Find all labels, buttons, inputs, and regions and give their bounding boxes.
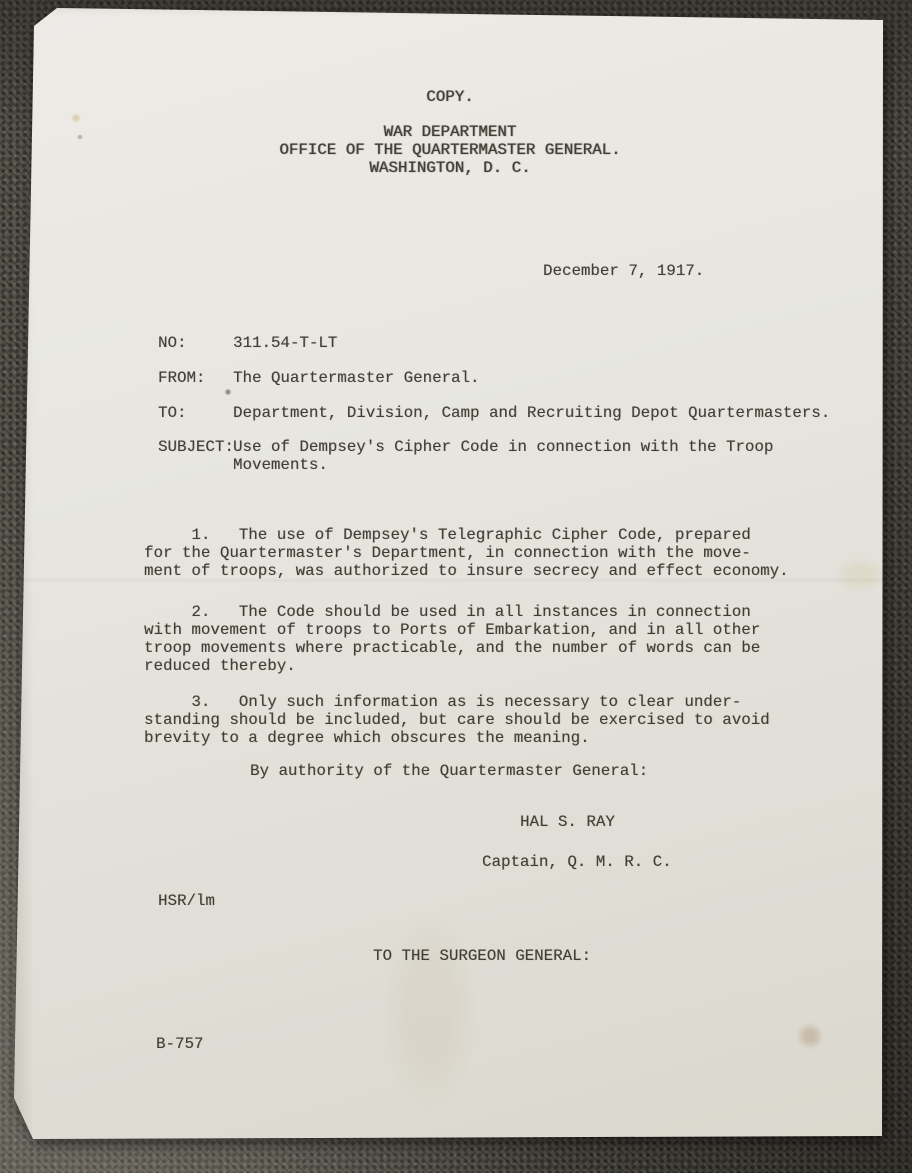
addressee-line: TO THE SURGEON GENERAL: xyxy=(373,947,591,965)
field-value-to: Department, Division, Camp and Recruitin… xyxy=(233,404,830,422)
field-label-from: FROM: xyxy=(158,369,205,387)
copy-label: COPY. xyxy=(0,88,900,106)
letterhead-line-3: WASHINGTON, D. C. xyxy=(0,159,900,177)
signature-title: Captain, Q. M. R. C. xyxy=(482,853,672,871)
carpet-background: COPY. WAR DEPARTMENT OFFICE OF THE QUART… xyxy=(0,0,912,1173)
field-label-subject: SUBJECT: xyxy=(158,438,234,456)
body-paragraph-3: 3. Only such information as is necessary… xyxy=(144,693,770,747)
letterhead-line-1: WAR DEPARTMENT xyxy=(0,123,900,141)
date-line: December 7, 1917. xyxy=(543,262,704,280)
typist-initials: HSR/lm xyxy=(158,892,215,910)
body-paragraph-2: 2. The Code should be used in all instan… xyxy=(144,603,760,675)
field-label-to: TO: xyxy=(158,404,186,422)
typewritten-text-layer: COPY. WAR DEPARTMENT OFFICE OF THE QUART… xyxy=(0,0,912,1173)
signature-name: HAL S. RAY xyxy=(520,813,615,831)
reference-number: B-757 xyxy=(156,1035,203,1053)
field-value-subject: Use of Dempsey's Cipher Code in connecti… xyxy=(233,438,773,474)
field-value-from: The Quartermaster General. xyxy=(233,369,479,387)
body-paragraph-1: 1. The use of Dempsey's Telegraphic Ciph… xyxy=(144,526,789,580)
authority-line: By authority of the Quartermaster Genera… xyxy=(250,762,648,780)
field-value-no: 311.54-T-LT xyxy=(233,334,337,352)
letterhead-line-2: OFFICE OF THE QUARTERMASTER GENERAL. xyxy=(0,141,900,159)
field-label-no: NO: xyxy=(158,334,186,352)
